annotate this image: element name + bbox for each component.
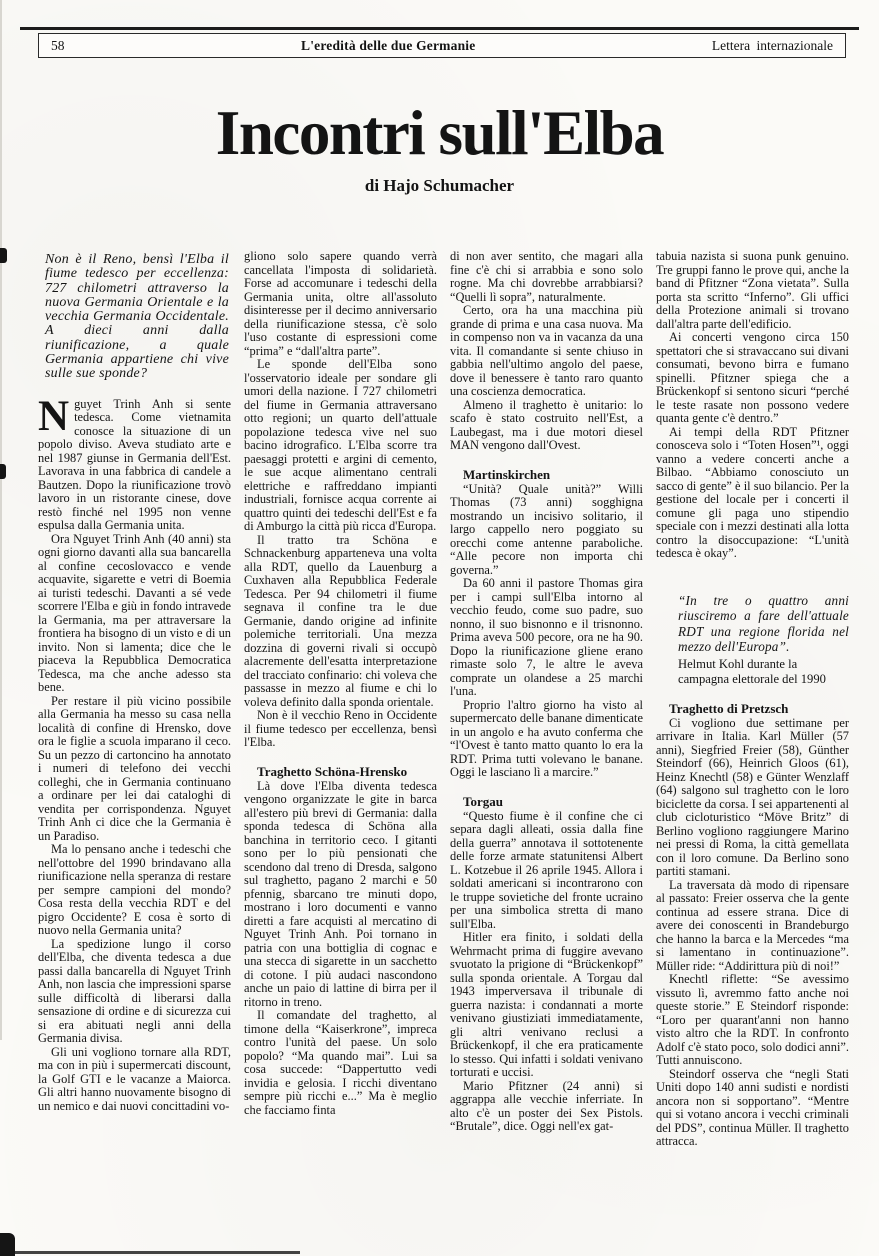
- article-title: Incontri sull'Elba: [0, 102, 879, 165]
- paragraph: Ci vogliono due settimane per arrivare i…: [656, 717, 849, 879]
- paragraph: Mario Pfitzner (24 anni) si aggrappa all…: [450, 1080, 643, 1134]
- column-1: Non è il Reno, bensì l'Elba il fiume ted…: [38, 250, 231, 1252]
- section-heading: Torgau: [463, 795, 643, 809]
- paragraph: Là dove l'Elba diventa tedesca vengono o…: [244, 780, 437, 1010]
- paragraph: Almeno il traghetto è unitario: lo scafo…: [450, 399, 643, 453]
- paragraph: “Questo fiume è il confine che ci separa…: [450, 810, 643, 932]
- paragraph: Certo, ora ha una macchina più grande di…: [450, 304, 643, 399]
- paragraph: La traversata dà modo di ripensare al pa…: [656, 879, 849, 974]
- section-heading: Martinskirchen: [463, 468, 643, 482]
- paragraph: Proprio l'altro giorno ha visto al super…: [450, 699, 643, 780]
- header-top-rule: [20, 27, 859, 30]
- column-3: di non aver sentito, che magari alla fin…: [450, 250, 643, 1252]
- page-number: 58: [51, 38, 65, 54]
- pull-quote-attribution: Helmut Kohl durante la campagna elettora…: [678, 657, 849, 687]
- lede-paragraph: Non è il Reno, bensì l'Elba il fiume ted…: [45, 253, 229, 382]
- magazine-page: 58 L'eredità delle due Germanie Lettera …: [0, 0, 879, 1256]
- paragraph-continuation: gliono solo sapere quando verrà cancella…: [244, 250, 437, 358]
- paragraph: Da 60 anni il pastore Thomas gira per i …: [450, 577, 643, 699]
- paragraph: Hitler era finito, i soldati della Wehrm…: [450, 931, 643, 1080]
- paragraph: “Unità? Quale unità?” Willi Thomas (73 a…: [450, 483, 643, 578]
- running-head-center: L'eredità delle due Germanie: [301, 38, 475, 54]
- drop-cap: N: [38, 398, 74, 434]
- paragraph: Non è il vecchio Reno in Occidente il fi…: [244, 709, 437, 750]
- paragraph: La spedizione lungo il corso dell'Elba, …: [38, 938, 231, 1046]
- column-4: tabuia nazista si suona punk genuino. Tr…: [656, 250, 849, 1252]
- paragraph: Knechtl riflette: “Se avessimo vissuto l…: [656, 973, 849, 1068]
- paragraph: Il comandate del traghetto, al timone de…: [244, 1009, 437, 1117]
- paragraph: Il tratto tra Schöna e Schnackenburg app…: [244, 534, 437, 710]
- paragraph-continuation: tabuia nazista si suona punk genuino. Tr…: [656, 250, 849, 331]
- pull-quote: “In tre o quattro anni riusciremo a fare…: [678, 593, 849, 655]
- running-head-right: Lettera internazionale: [712, 38, 833, 54]
- byline: di Hajo Schumacher: [0, 176, 879, 196]
- column-2: gliono solo sapere quando verrà cancella…: [244, 250, 437, 1252]
- paragraph: Ai concerti vengono circa 150 spettatori…: [656, 331, 849, 426]
- paragraph: Ai tempi della RDT Pfitzner conosceva so…: [656, 426, 849, 561]
- paragraph: Ma lo pensano anche i tedeschi che nell'…: [38, 843, 231, 938]
- paragraph-continuation: di non aver sentito, che magari alla fin…: [450, 250, 643, 304]
- paragraph: Le sponde dell'Elba sono l'osservatorio …: [244, 358, 437, 534]
- section-heading: Traghetto di Pretzsch: [669, 702, 849, 716]
- section-heading: Traghetto Schöna-Hrensko: [257, 765, 437, 779]
- article-body: Non è il Reno, bensì l'Elba il fiume ted…: [38, 250, 849, 1252]
- paragraph: Steindorf osserva che “negli Stati Uniti…: [656, 1068, 849, 1149]
- scan-artifact: [10, 1251, 300, 1254]
- scan-artifact: [0, 464, 6, 479]
- paragraph: Nguyet Trinh Anh si sente tedesca. Come …: [38, 398, 231, 533]
- paragraph: Gli uni vogliono tornare alla RDT, ma co…: [38, 1046, 231, 1114]
- paragraph: Per restare il più vicino possibile alla…: [38, 695, 231, 844]
- running-header: 58 L'eredità delle due Germanie Lettera …: [38, 33, 846, 58]
- scan-artifact: [0, 248, 7, 263]
- paragraph: Ora Nguyet Trinh Anh (40 anni) sta ogni …: [38, 533, 231, 695]
